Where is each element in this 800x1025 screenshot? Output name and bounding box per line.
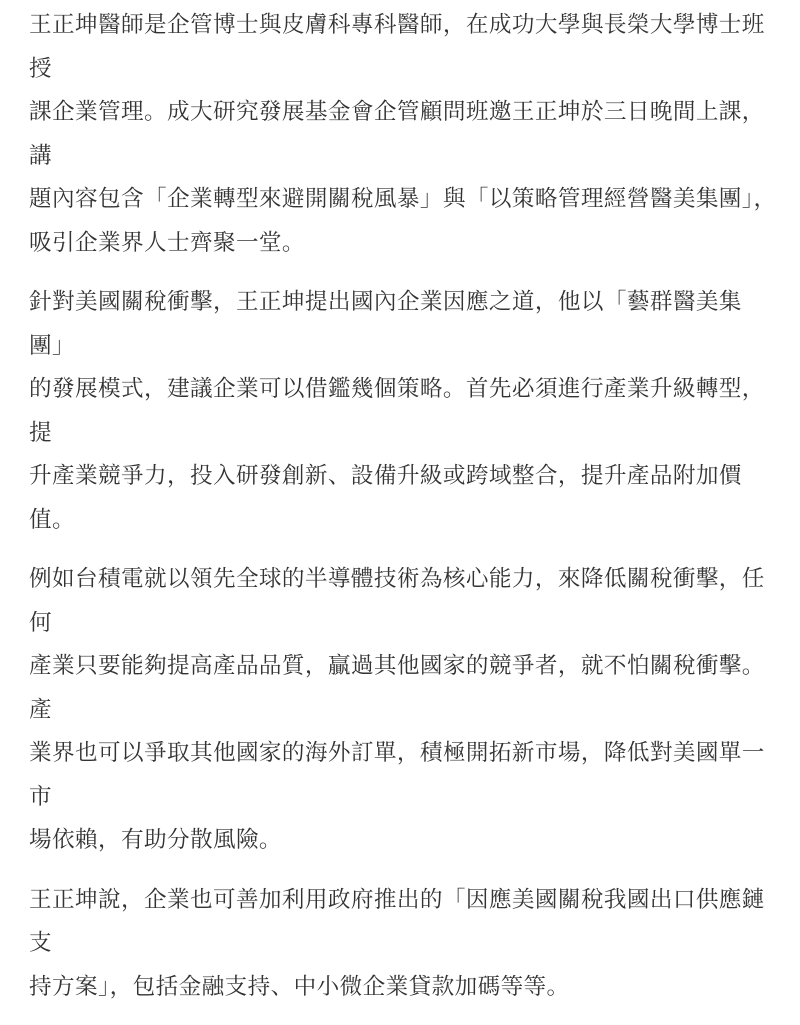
line: 例如台積電就以領先全球的半導體技術為核心能力，來降低關稅衝擊，任何 [29,566,765,593]
line: 吸引企業界人士齊聚一堂。 [29,230,305,256]
line: 王正坤醫師是企管博士與皮膚科專科醫師，在成功大學與長榮大學博士班授 [29,12,765,82]
line: 的發展模式，建議企業可以借鑑幾個策略。首先必須進行產業升級轉型，提 [29,376,765,446]
line: 針對美國關稅衝擊，王正坤提出國內企業因應之道，他以「藝群醫美集團」 [29,289,742,359]
line: 升產業競爭力，投入研發創新、設備升級或跨域整合，提升產品附加價值。 [29,463,742,533]
line: 課企業管理。成大研究發展基金會企管顧問班邀王正坤於三日晚間上課，講 [29,99,765,169]
paragraph-3: 例如台積電就以領先全球的半導體技術為核心能力，來降低關稅衝擊，任何 產業只要能夠… [29,558,779,593]
paragraph-2: 針對美國關稅衝擊，王正坤提出國內企業因應之道，他以「藝群醫美集團」 的發展模式，… [29,281,779,542]
paragraph-1: 王正坤醫師是企管博士與皮膚科專科醫師，在成功大學與長榮大學博士班授 課企業管理。… [29,4,779,265]
article-body: 王正坤醫師是企管博士與皮膚科專科醫師，在成功大學與長榮大學博士班授 課企業管理。… [29,4,779,593]
line: 題內容包含「企業轉型來避開關稅風暴」與「以策略管理經營醫美集團」， [29,186,777,212]
